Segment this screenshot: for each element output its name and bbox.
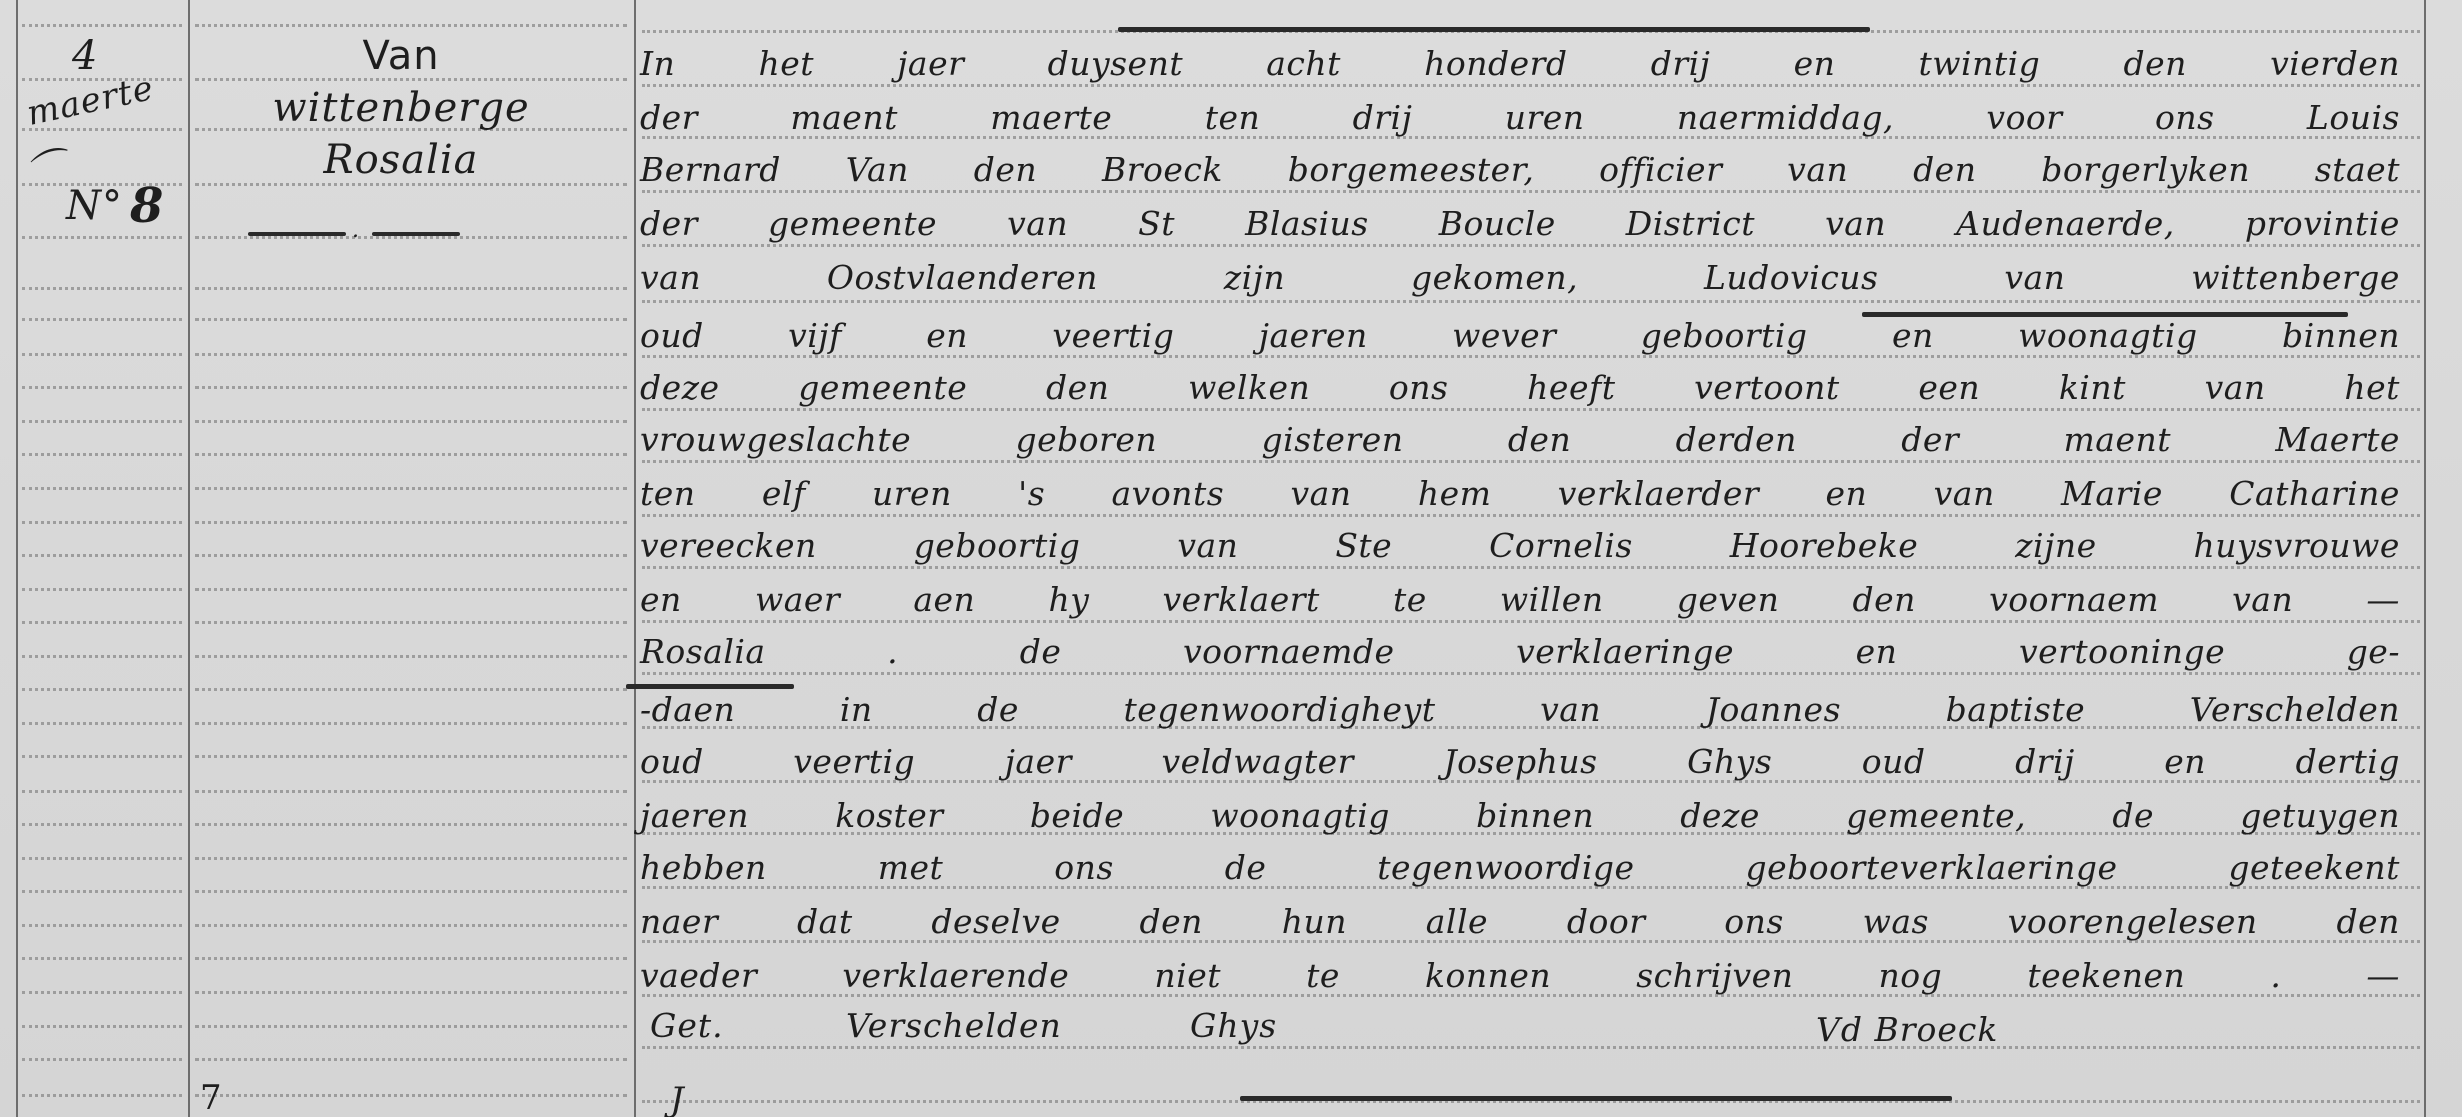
child-name-underline bbox=[626, 684, 794, 689]
text-line-8: vrouwgeslachtegeborengisterendenderdende… bbox=[640, 420, 2400, 459]
column-rule-left bbox=[16, 0, 18, 1117]
text-line-2: dermaentmaertetendrijurennaermiddag,voor… bbox=[640, 98, 2400, 137]
text-line-16: hebbenmetonsdetegenwoordigegeboorteverkl… bbox=[640, 848, 2400, 887]
margin-surname-prefix: Van bbox=[236, 36, 566, 76]
text-line-11: enwaeraenhyverklaerttewillengevendenvoor… bbox=[640, 580, 2400, 619]
column-rule-right bbox=[2424, 0, 2426, 1117]
signature-official: Vd Broeck bbox=[1816, 1010, 1998, 1049]
margin-day: 4 bbox=[72, 36, 98, 76]
text-line-18: vaederverklaerendeniettekonnenschrijvenn… bbox=[640, 956, 2400, 995]
register-page: 4 maerte ⌒ N° 8 Van wittenberge Rosalia … bbox=[0, 0, 2462, 1117]
text-line-15: jaerenkosterbeidewoonagtigbinnendezegeme… bbox=[640, 796, 2400, 835]
text-line-4: dergemeentevanStBlasiusBoucleDistrictvan… bbox=[640, 204, 2400, 243]
entry-separator-top bbox=[1118, 27, 1870, 32]
margin-surname: wittenberge bbox=[236, 88, 566, 128]
next-entry-text-fragment: J bbox=[670, 1080, 685, 1117]
text-line-9: tenelfuren'savontsvanhemverklaerderenvan… bbox=[640, 474, 2400, 513]
signature-witness-2: Ghys bbox=[1190, 1006, 1277, 1045]
text-line-5: vanOostvlaenderenzijngekomen,Ludovicusva… bbox=[640, 258, 2400, 297]
text-line-13: -daenindetegenwoordigheytvanJoannesbapti… bbox=[640, 690, 2400, 729]
margin-number: 8 bbox=[130, 182, 164, 230]
signature-witness-1: Verschelden bbox=[846, 1006, 1062, 1045]
text-line-6: oudvijfenveertigjaerenwevergeboortigenwo… bbox=[640, 316, 2400, 355]
text-line-10: vereeckengeboortigvanSteCornelisHoorebek… bbox=[640, 526, 2400, 565]
text-line-17: naerdatdeselvedenhunalledooronswasvooren… bbox=[640, 902, 2400, 941]
text-line-1: Inhetjaerduysentachthonderddrijentwintig… bbox=[640, 44, 2400, 83]
column-rule-name bbox=[634, 0, 636, 1117]
text-line-7: dezegemeentedenwelkenonsheeftvertoonteen… bbox=[640, 368, 2400, 407]
text-line-14: oudveertigjaerveldwagterJosephusGhysoudd… bbox=[640, 742, 2400, 781]
next-entry-margin-fragment: 7 bbox=[200, 1078, 223, 1117]
margin-name-flourish-right bbox=[372, 232, 460, 236]
text-line-12: Rosalia.devoornaemdeverklaeringeenvertoo… bbox=[640, 632, 2400, 671]
margin-given-name: Rosalia bbox=[236, 140, 566, 180]
margin-name-flourish-dot: . bbox=[352, 218, 360, 243]
margin-name-flourish-left bbox=[248, 232, 346, 236]
margin-number-label: N° bbox=[66, 186, 123, 226]
signature-prefix: Get. bbox=[650, 1006, 724, 1045]
text-line-3: BernardVandenBroeckborgemeester,officier… bbox=[640, 150, 2400, 189]
column-rule-date bbox=[188, 0, 190, 1117]
entry-separator-bottom bbox=[1240, 1096, 1952, 1101]
